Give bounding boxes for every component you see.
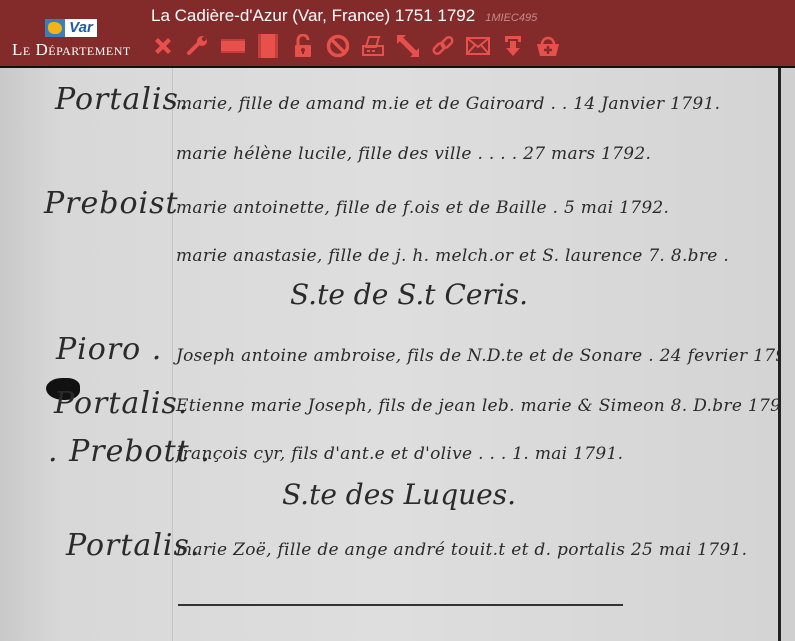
logo-caption: Le Département xyxy=(12,40,131,60)
email-button[interactable] xyxy=(465,33,491,59)
wrench-icon xyxy=(186,34,210,58)
entry-text: marie hélène lucile, fille des ville . .… xyxy=(176,144,651,164)
entry-text: Joseph antoine ambroise, fils de N.D.te … xyxy=(176,346,795,366)
add-to-basket-button[interactable] xyxy=(535,33,561,59)
section-heading: S.te des Luques. xyxy=(282,478,516,511)
var-badge: Var xyxy=(45,18,97,38)
entry-text: Etienne marie Joseph, fils de jean leb. … xyxy=(176,396,792,416)
toolbar xyxy=(150,33,561,59)
download-button[interactable] xyxy=(500,33,526,59)
print-button[interactable] xyxy=(360,33,386,59)
section-heading: S.te de S.t Ceris. xyxy=(290,278,528,311)
fit-width-button[interactable] xyxy=(220,33,246,59)
link-button[interactable] xyxy=(430,33,456,59)
fit-width-icon xyxy=(221,34,245,58)
entry-name: Portalis. xyxy=(55,82,189,117)
forbidden-icon xyxy=(326,34,350,58)
close-icon xyxy=(151,34,175,58)
fullscreen-button[interactable] xyxy=(395,33,421,59)
entry-text: marie antoinette, fille de f.ois et de B… xyxy=(176,198,669,218)
entry-name: Preboist xyxy=(44,186,179,221)
link-icon xyxy=(431,34,455,58)
entry-text: françois cyr, fils d'ant.e et d'olive . … xyxy=(176,444,623,464)
print-icon xyxy=(361,34,385,58)
forbidden-button[interactable] xyxy=(325,33,351,59)
entry-text: marie anastasie, fille de j. h. melch.or… xyxy=(176,246,729,266)
entry-name: Pioro . xyxy=(56,332,162,367)
var-map-icon xyxy=(45,19,65,37)
download-icon xyxy=(501,34,525,58)
image-viewer[interactable]: Portalis. marie, fille de amand m.ie et … xyxy=(0,68,795,641)
viewer-header: Var Le Département La Cadière-d'Azur (Va… xyxy=(0,0,795,68)
departement-var-logo[interactable]: Var Le Département xyxy=(12,18,130,62)
close-button[interactable] xyxy=(150,33,176,59)
unlock-icon xyxy=(291,34,315,58)
document-title: La Cadière-d'Azur (Var, France) 1751 179… xyxy=(151,6,537,26)
fit-height-button[interactable] xyxy=(255,33,281,59)
separator-rule xyxy=(178,604,623,606)
mail-icon xyxy=(466,34,490,58)
entry-name: Portalis. xyxy=(54,386,188,421)
cote-label: 1MIEC495 xyxy=(485,12,537,24)
fullscreen-icon xyxy=(396,34,420,58)
basket-add-icon xyxy=(536,34,560,58)
entry-text: marie, fille de amand m.ie et de Gairoar… xyxy=(176,94,720,114)
title-text: La Cadière-d'Azur (Var, France) 1751 179… xyxy=(151,6,475,25)
register-page-scan: Portalis. marie, fille de amand m.ie et … xyxy=(0,68,778,641)
entry-text: marie Zoë, fille de ange andré touit.t e… xyxy=(176,540,747,560)
tools-button[interactable] xyxy=(185,33,211,59)
fit-height-icon xyxy=(256,34,280,58)
unlock-button[interactable] xyxy=(290,33,316,59)
var-badge-text: Var xyxy=(65,19,97,37)
adjacent-page-strip xyxy=(781,68,795,641)
